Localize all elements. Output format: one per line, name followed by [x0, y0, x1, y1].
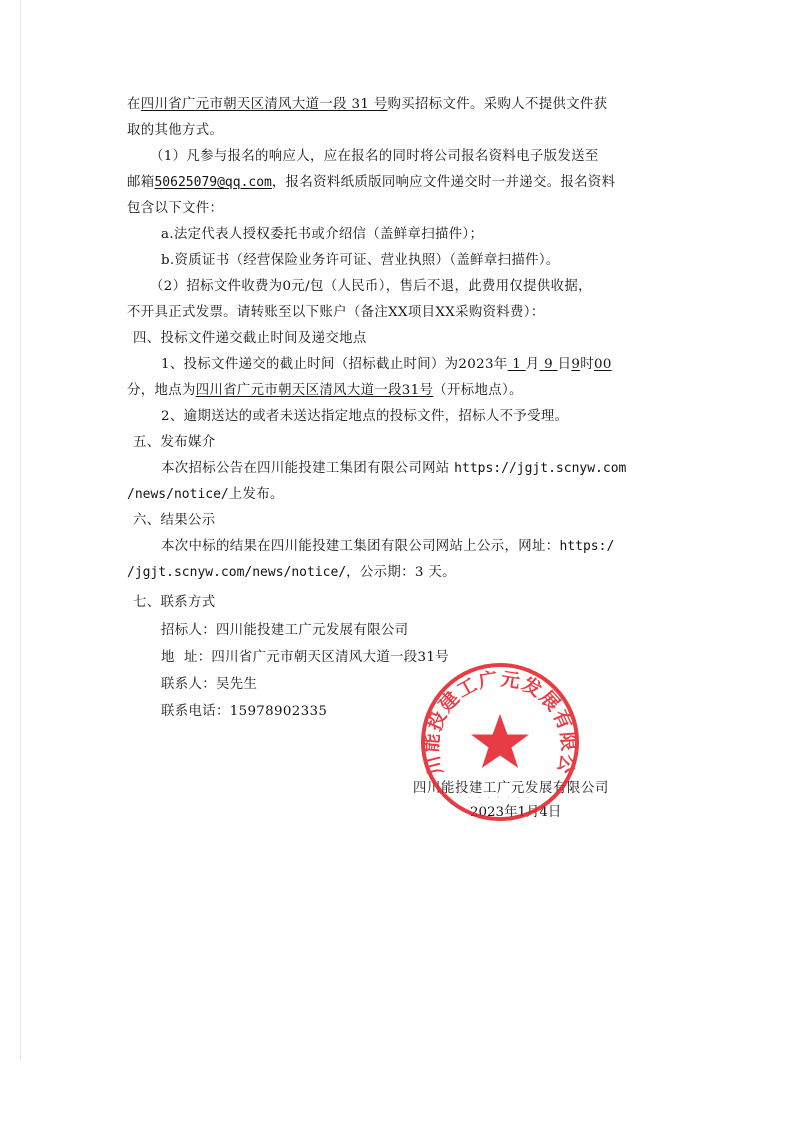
paragraph-line: 分，地点为四川省广元市朝天区清风大道一段31号（开标地点）。 [127, 381, 523, 401]
website-link-continued[interactable]: /news/notice/ [127, 487, 229, 502]
list-item: b.资质证书（经营保险业务许可证、营业执照）（盖鲜章扫描件）。 [161, 251, 560, 271]
text: 本次招标公告在四川能投建工集团有限公司网站 [161, 461, 454, 476]
text: 本次中标的结果在四川能投建工集团有限公司网站上公示，网址： [161, 539, 559, 554]
contact-address: 地 址：四川省广元市朝天区清风大道一段31号 [161, 648, 449, 668]
paragraph-line: 取的其他方式。 [127, 121, 223, 141]
paragraph-line: 2、逾期送达的或者未送达指定地点的投标文件，招标人不予受理。 [161, 407, 568, 427]
list-item: a.法定代表人授权委托书或介绍信（盖鲜章扫描件）； [161, 225, 483, 245]
deadline-day: 9 [539, 357, 557, 372]
text: 时 [580, 357, 594, 372]
scan-edge-line [20, 0, 21, 1060]
section-heading: 六、结果公示 [133, 511, 215, 531]
section-heading: 四、投标文件递交截止时间及递交地点 [133, 329, 367, 349]
paragraph-line: （2）招标文件收费为0元/包（人民币），售后不退，此费用仅提供收据， [150, 277, 592, 297]
section-heading: 七、联系方式 [133, 593, 215, 613]
paragraph-line: 本次招标公告在四川能投建工集团有限公司网站 https://jgjt.scnyw… [161, 459, 626, 479]
heading-text: 六、结果公示 [133, 513, 215, 528]
opening-address: 四川省广元市朝天区清风大道一段31号 [196, 383, 434, 398]
email-link[interactable]: 50625079@qq.com [154, 175, 271, 190]
text: 不开具正式发票。请转账至以下账户（备注XX项目XX采购资料费）： [127, 305, 545, 320]
paragraph-line: 1、投标文件递交的截止时间（招标截止时间）为2023年 1 月 9 日9时00 [161, 355, 612, 375]
text: 联系人：吴先生 [161, 677, 257, 692]
deadline-minute: 00 [594, 357, 612, 372]
paragraph-line: （1）凡参与报名的响应人，应在报名的同时将公司报名资料电子版发送至 [150, 147, 599, 167]
text: 2、逾期送达的或者未送达指定地点的投标文件，招标人不予受理。 [161, 409, 568, 424]
text: 取的其他方式。 [127, 123, 223, 138]
paragraph-line: /jgjt.scnyw.com/news/notice/，公示期：3 天。 [127, 563, 456, 583]
contact-tenderer: 招标人：四川能投建工广元发展有限公司 [161, 621, 408, 641]
heading-text: 四、投标文件递交截止时间及递交地点 [133, 331, 367, 346]
section-heading: 五、发布媒介 [133, 433, 215, 453]
contact-person: 联系人：吴先生 [161, 675, 257, 695]
paragraph-line: 在四川省广元市朝天区清风大道一段 31 号购买招标文件。采购人不提供文件获 [127, 95, 607, 115]
deadline-month: 1 [508, 357, 526, 372]
text: 联系电话：15978902335 [161, 704, 327, 719]
text: 购买招标文件。采购人不提供文件获 [388, 97, 608, 112]
text: 上发布。 [229, 487, 284, 502]
paragraph-line: 本次中标的结果在四川能投建工集团有限公司网站上公示，网址：https:/ [161, 537, 614, 557]
text: 地 址：四川省广元市朝天区清风大道一段31号 [161, 650, 449, 665]
text: ，公示期：3 天。 [346, 565, 456, 580]
text: （2）招标文件收费为0元/包（人民币），售后不退，此费用仅提供收据， [150, 279, 592, 294]
contact-phone: 联系电话：15978902335 [161, 702, 327, 722]
text: 邮箱 [127, 175, 154, 190]
text: 日 [558, 357, 572, 372]
star-icon [471, 714, 529, 768]
purchase-address: 四川省广元市朝天区清风大道一段 31 号 [141, 97, 388, 112]
text: 1、投标文件递交的截止时间（招标截止时间）为2023年 [161, 357, 508, 372]
paragraph-line: /news/notice/上发布。 [127, 485, 284, 505]
text: 在 [127, 97, 141, 112]
text: （开标地点）。 [433, 383, 522, 398]
text: 分，地点为 [127, 383, 196, 398]
paragraph-line: 邮箱50625079@qq.com，报名资料纸质版同响应文件递交时一并递交。报名… [127, 173, 615, 193]
paragraph-line: 包含以下文件： [127, 199, 223, 219]
text: （1）凡参与报名的响应人，应在报名的同时将公司报名资料电子版发送至 [150, 149, 599, 164]
text: b.资质证书（经营保险业务许可证、营业执照）（盖鲜章扫描件）。 [161, 253, 560, 268]
text: a.法定代表人授权委托书或介绍信（盖鲜章扫描件）； [161, 227, 483, 242]
paragraph-line: 不开具正式发票。请转账至以下账户（备注XX项目XX采购资料费）： [127, 303, 545, 323]
text: 招标人：四川能投建工广元发展有限公司 [161, 623, 408, 638]
text: 包含以下文件： [127, 201, 223, 216]
text: 月 [526, 357, 540, 372]
result-link-continued[interactable]: /jgjt.scnyw.com/news/notice/ [127, 565, 346, 580]
text: ，报名资料纸质版同响应文件递交时一并递交。报名资料 [272, 175, 616, 190]
website-link[interactable]: https://jgjt.scnyw.com [454, 461, 626, 476]
seal-code: · · · · · · · [468, 795, 532, 802]
result-link[interactable]: https:/ [559, 539, 614, 554]
company-seal-icon: 四川能投建工广元发展有限公司 · · · · · · · [418, 660, 582, 824]
heading-text: 七、联系方式 [133, 595, 215, 610]
heading-text: 五、发布媒介 [133, 435, 215, 450]
deadline-hour: 9 [571, 357, 580, 372]
